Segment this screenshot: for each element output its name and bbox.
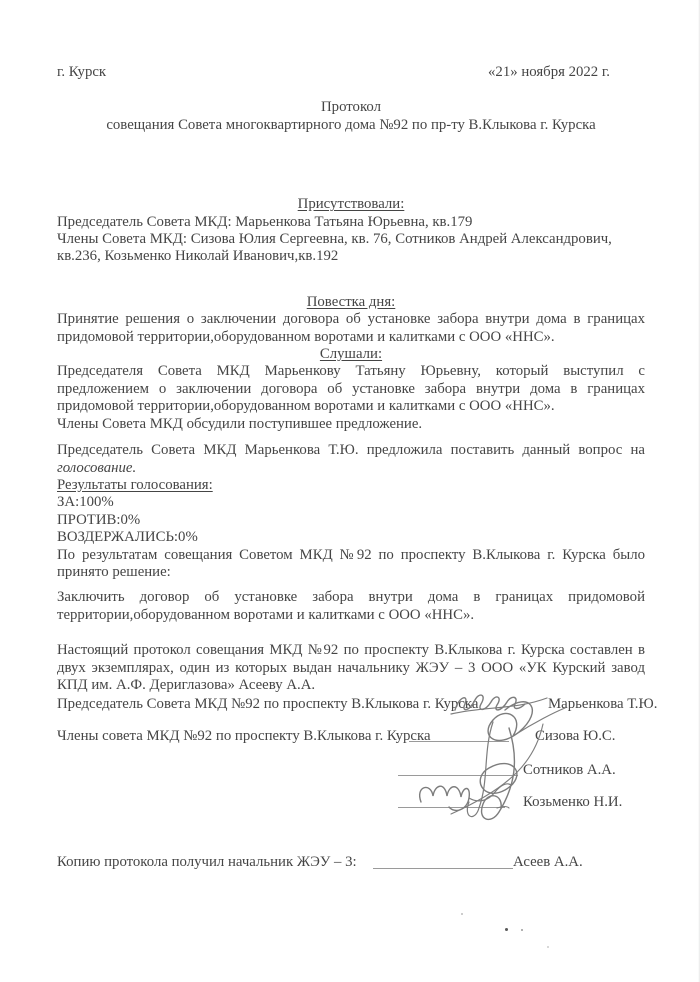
footer-receipt-row: Копию протокола получил начальник ЖЭУ – … bbox=[57, 854, 645, 876]
signature-stroke-kozmenko-tail bbox=[469, 784, 511, 801]
member-name-sotnikov: Сотников А.А. bbox=[523, 762, 616, 779]
scan-speck bbox=[461, 913, 463, 915]
scan-speck bbox=[521, 929, 523, 931]
proposal-main: Председатель Совета МКД Марьенкова Т.Ю. … bbox=[57, 442, 645, 458]
signature-stroke-descender2 bbox=[467, 722, 493, 817]
footer-label: Копию протокола получил начальник ЖЭУ – … bbox=[57, 854, 357, 871]
header-city: г. Курск bbox=[57, 64, 106, 81]
attendees-section: Присутствовали: Председатель Совета МКД:… bbox=[57, 196, 645, 266]
signature-rule-line bbox=[398, 807, 505, 808]
copies-text: Настоящий протокол совещания МКД №92 по … bbox=[57, 642, 645, 694]
attendees-heading: Присутствовали: bbox=[57, 196, 645, 213]
outcome-text: По результатам совещания Советом МКД №92… bbox=[57, 547, 645, 582]
proposal-emphasis: голосование. bbox=[57, 460, 136, 476]
document-header: г. Курск «21» ноября 2022 г. bbox=[57, 64, 645, 81]
heard-heading: Слушали: bbox=[57, 346, 645, 363]
document-content: г. Курск «21» ноября 2022 г. Протокол со… bbox=[0, 0, 700, 876]
scan-speck bbox=[505, 928, 508, 931]
chairman-signature-label: Председатель Совета МКД №92 по проспекту… bbox=[57, 696, 478, 713]
member-name-kozmenko: Козьменко Н.И. bbox=[523, 794, 622, 811]
signature-stroke-mid-oval bbox=[480, 764, 517, 794]
agenda-section: Повестка дня: Принятие решения о заключе… bbox=[57, 294, 645, 346]
scanned-protocol-page: г. Курск «21» ноября 2022 г. Протокол со… bbox=[0, 0, 700, 982]
attendees-members: Члены Совета МКД: Сизова Юлия Сергеевна,… bbox=[57, 231, 645, 266]
member-name-sizova: Сизова Ю.С. bbox=[535, 728, 615, 745]
signature-rule-line bbox=[398, 775, 518, 776]
chairman-signature-name: Марьенкова Т.Ю. bbox=[548, 696, 657, 713]
agenda-heading: Повестка дня: bbox=[57, 294, 645, 311]
vote-for: ЗА:100% bbox=[57, 494, 645, 511]
document-title: Протокол bbox=[57, 99, 645, 116]
title-block: Протокол совещания Совета многоквартирно… bbox=[57, 99, 645, 134]
vote-against: ПРОТИВ:0% bbox=[57, 512, 645, 529]
header-date: «21» ноября 2022 г. bbox=[488, 64, 610, 81]
agenda-text: Принятие решения о заключении договора о… bbox=[57, 311, 645, 346]
attendees-chairman: Председатель Совета МКД: Марьенкова Тать… bbox=[57, 214, 645, 231]
voting-results-section: Результаты голосования: ЗА:100% ПРОТИВ:0… bbox=[57, 477, 645, 581]
heard-note: Члены Совета МКД обсудили поступившее пр… bbox=[57, 416, 645, 433]
heard-section: Слушали: Председателя Совета МКД Марьенк… bbox=[57, 346, 645, 433]
members-signature-label: Члены совета МКД №92 по проспекту В.Клык… bbox=[57, 728, 431, 745]
heard-text: Председателя Совета МКД Марьенкову Татья… bbox=[57, 363, 645, 415]
footer-rule-line bbox=[373, 868, 513, 869]
results-heading: Результаты голосования: bbox=[57, 477, 645, 494]
signatures-block: Председатель Совета МКД №92 по проспекту… bbox=[57, 694, 645, 826]
decision-text: Заключить договор об установке забора вн… bbox=[57, 589, 645, 624]
document-subtitle: совещания Совета многоквартирного дома №… bbox=[57, 117, 645, 134]
signature-stroke-central-loop bbox=[488, 702, 532, 741]
scan-speck bbox=[547, 946, 549, 948]
vote-abstained: ВОЗДЕРЖАЛИСЬ:0% bbox=[57, 529, 645, 546]
signature-rule-line bbox=[409, 741, 509, 742]
proposal-text: Председатель Совета МКД Марьенкова Т.Ю. … bbox=[57, 442, 645, 477]
footer-name: Асеев А.А. bbox=[513, 854, 583, 871]
